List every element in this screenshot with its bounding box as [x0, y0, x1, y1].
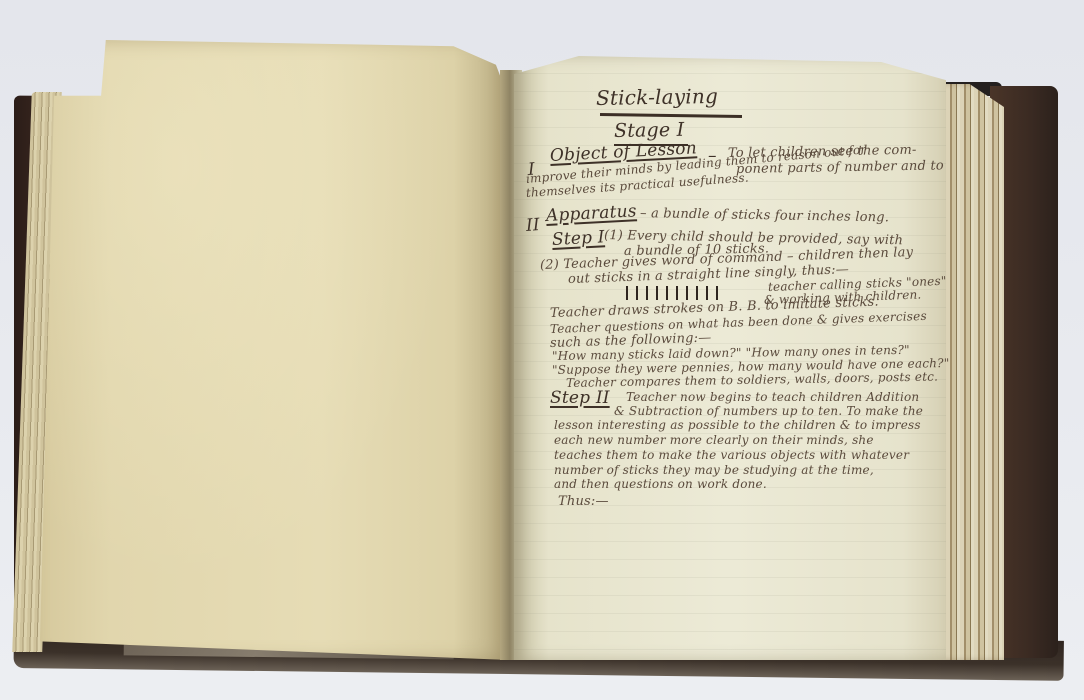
stick-mark	[636, 286, 638, 300]
step-2-label: Step II	[550, 388, 610, 408]
stick-mark	[696, 286, 698, 300]
step-2-line-6: number of sticks they may be studying at…	[554, 463, 874, 477]
page-title: Stick-laying	[596, 84, 718, 110]
left-page-blank	[40, 40, 510, 660]
step-1-label: Step I	[551, 227, 605, 250]
stick-mark	[706, 286, 708, 300]
drawn-sticks	[626, 286, 718, 300]
stick-mark	[666, 286, 668, 300]
step-2-line-3: lesson interesting as possible to the ch…	[554, 418, 921, 432]
stick-mark	[626, 286, 628, 300]
stick-mark	[686, 286, 688, 300]
stick-mark	[676, 286, 678, 300]
step-2-line-1: Teacher now begins to teach children Add…	[626, 390, 919, 404]
section-2-numeral: II	[525, 215, 540, 236]
step-2-line-4: each new number more clearly on their mi…	[554, 433, 874, 447]
step-2-closing: Thus:—	[558, 494, 609, 509]
step-2-line-7: and then questions on work done.	[554, 477, 767, 491]
stick-mark	[656, 286, 658, 300]
stick-mark	[716, 286, 718, 300]
step-2-line-5: teaches them to make the various objects…	[554, 448, 909, 462]
photo-scene: Stick-laying Stage I I Object of Lesson …	[0, 0, 1084, 700]
step-2-line-2: & Subtraction of numbers up to ten. To m…	[614, 404, 923, 418]
stick-mark	[646, 286, 648, 300]
